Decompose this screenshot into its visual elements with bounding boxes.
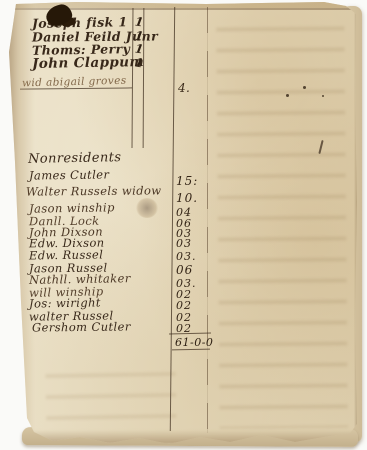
amount-text: 10. <box>176 192 198 204</box>
entry-row: Walter Russels widow <box>26 185 162 198</box>
amount-text: 06 <box>176 264 193 276</box>
tick-mark: 1 <box>134 56 145 69</box>
amount-text: 15: <box>176 175 198 187</box>
entry-row: James Cutler <box>29 169 109 182</box>
bleed-through-text <box>45 363 176 429</box>
page-edge <box>6 2 34 444</box>
entry-row: John Clappum <box>32 56 144 71</box>
entry-row: Gershom Cutler <box>32 321 131 334</box>
total-text: 61-0-0 <box>175 337 213 348</box>
amount-text: 03 <box>176 238 192 249</box>
section-header: Nonresidents <box>28 151 122 166</box>
ink-speck <box>303 86 306 89</box>
name-text: James Cutler <box>29 167 110 182</box>
stain <box>136 198 158 218</box>
column-line <box>207 7 208 433</box>
ink-speck <box>8 374 12 379</box>
amount-text: 02 <box>176 300 192 311</box>
name-text: Walter Russels widow <box>26 183 162 198</box>
tick-mark: 1 <box>134 15 145 28</box>
name-text: Gershom Cutler <box>32 319 131 334</box>
tick-mark: 1 <box>134 42 145 55</box>
ink-speck <box>286 94 289 97</box>
ink-speck <box>322 95 324 97</box>
bleed-through-text <box>216 17 348 428</box>
manuscript-page: Joseph fisk 1 Daniel Feild Junr Thoms: P… <box>6 2 358 444</box>
column-value: 4. <box>178 82 190 94</box>
entry-row: wid abigail groves <box>22 76 127 89</box>
amount-text: 02 <box>176 323 192 334</box>
amount-text: 03. <box>176 251 197 262</box>
name-text: John Clappum <box>32 54 144 72</box>
